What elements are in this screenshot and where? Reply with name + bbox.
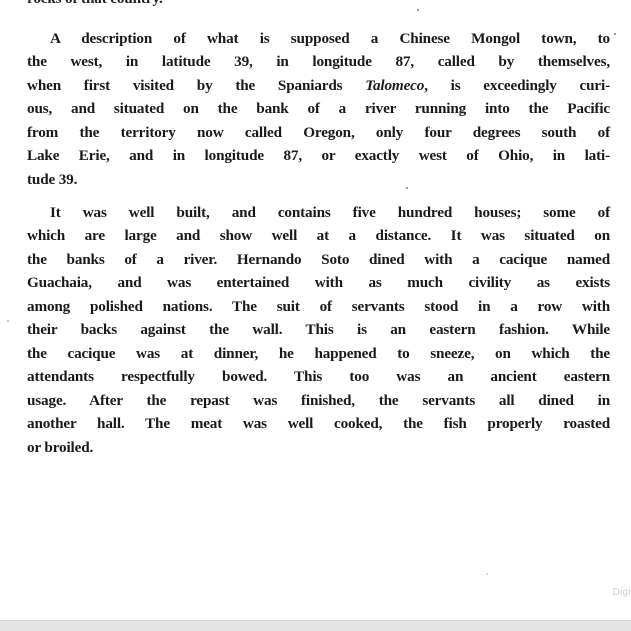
paragraph-2-line-10: another hall. The meat was well cooked, … <box>27 414 610 434</box>
scan-speck <box>406 187 408 189</box>
scan-speck <box>7 320 9 322</box>
viewer-bottom-bar <box>0 620 631 631</box>
paragraph-2-line-5: among polished nations. The suit of serv… <box>27 297 610 317</box>
paragraph-2-line-8: attendants respectfully bowed. This too … <box>27 367 610 387</box>
italic-place-name: Talomeco <box>365 77 424 94</box>
line-text: , is exceedingly curi- <box>424 77 610 94</box>
scan-speck <box>614 33 616 35</box>
paragraph-1-line-5: from the territory now called Oregon, on… <box>27 123 610 143</box>
paragraph-1-line-7: tude 39. <box>27 170 610 190</box>
paragraph-1-line-6: Lake Erie, and in longitude 87, or exact… <box>27 146 610 166</box>
paragraph-2-line-7: the cacique was at dinner, he happened t… <box>27 344 610 364</box>
line-text: when first visited by the Spaniards <box>27 77 342 94</box>
paragraph-2-line-4: Guachaia, and was entertained with as mu… <box>27 273 610 293</box>
paragraph-1-line-1: A description of what is supposed a Chin… <box>50 29 610 49</box>
paragraph-2-line-9: usage. After the repast was finished, th… <box>27 391 610 411</box>
paragraph-2-line-1: It was well built, and contains five hun… <box>50 203 610 223</box>
cut-off-line: rocks of that country. <box>27 0 610 9</box>
paragraph-2-line-3: the banks of a river. Hernando Soto dine… <box>27 250 610 270</box>
paragraph-2-line-2: which are large and show well at a dista… <box>27 226 610 246</box>
paragraph-1-line-4: ous, and situated on the bank of a river… <box>27 99 610 119</box>
scan-speck <box>417 9 419 11</box>
paragraph-1-line-2: the west, in latitude 39, in longitude 8… <box>27 52 610 72</box>
paragraph-1-line-3: when first visited by the Spaniards Talo… <box>27 76 610 96</box>
paragraph-2-line-6: their backs against the wall. This is an… <box>27 320 610 340</box>
digitized-watermark: Digi <box>613 587 631 598</box>
scanned-book-page: rocks of that country. A description of … <box>0 0 631 620</box>
scan-speck <box>486 573 488 575</box>
paragraph-2-line-11: or broiled. <box>27 438 610 458</box>
